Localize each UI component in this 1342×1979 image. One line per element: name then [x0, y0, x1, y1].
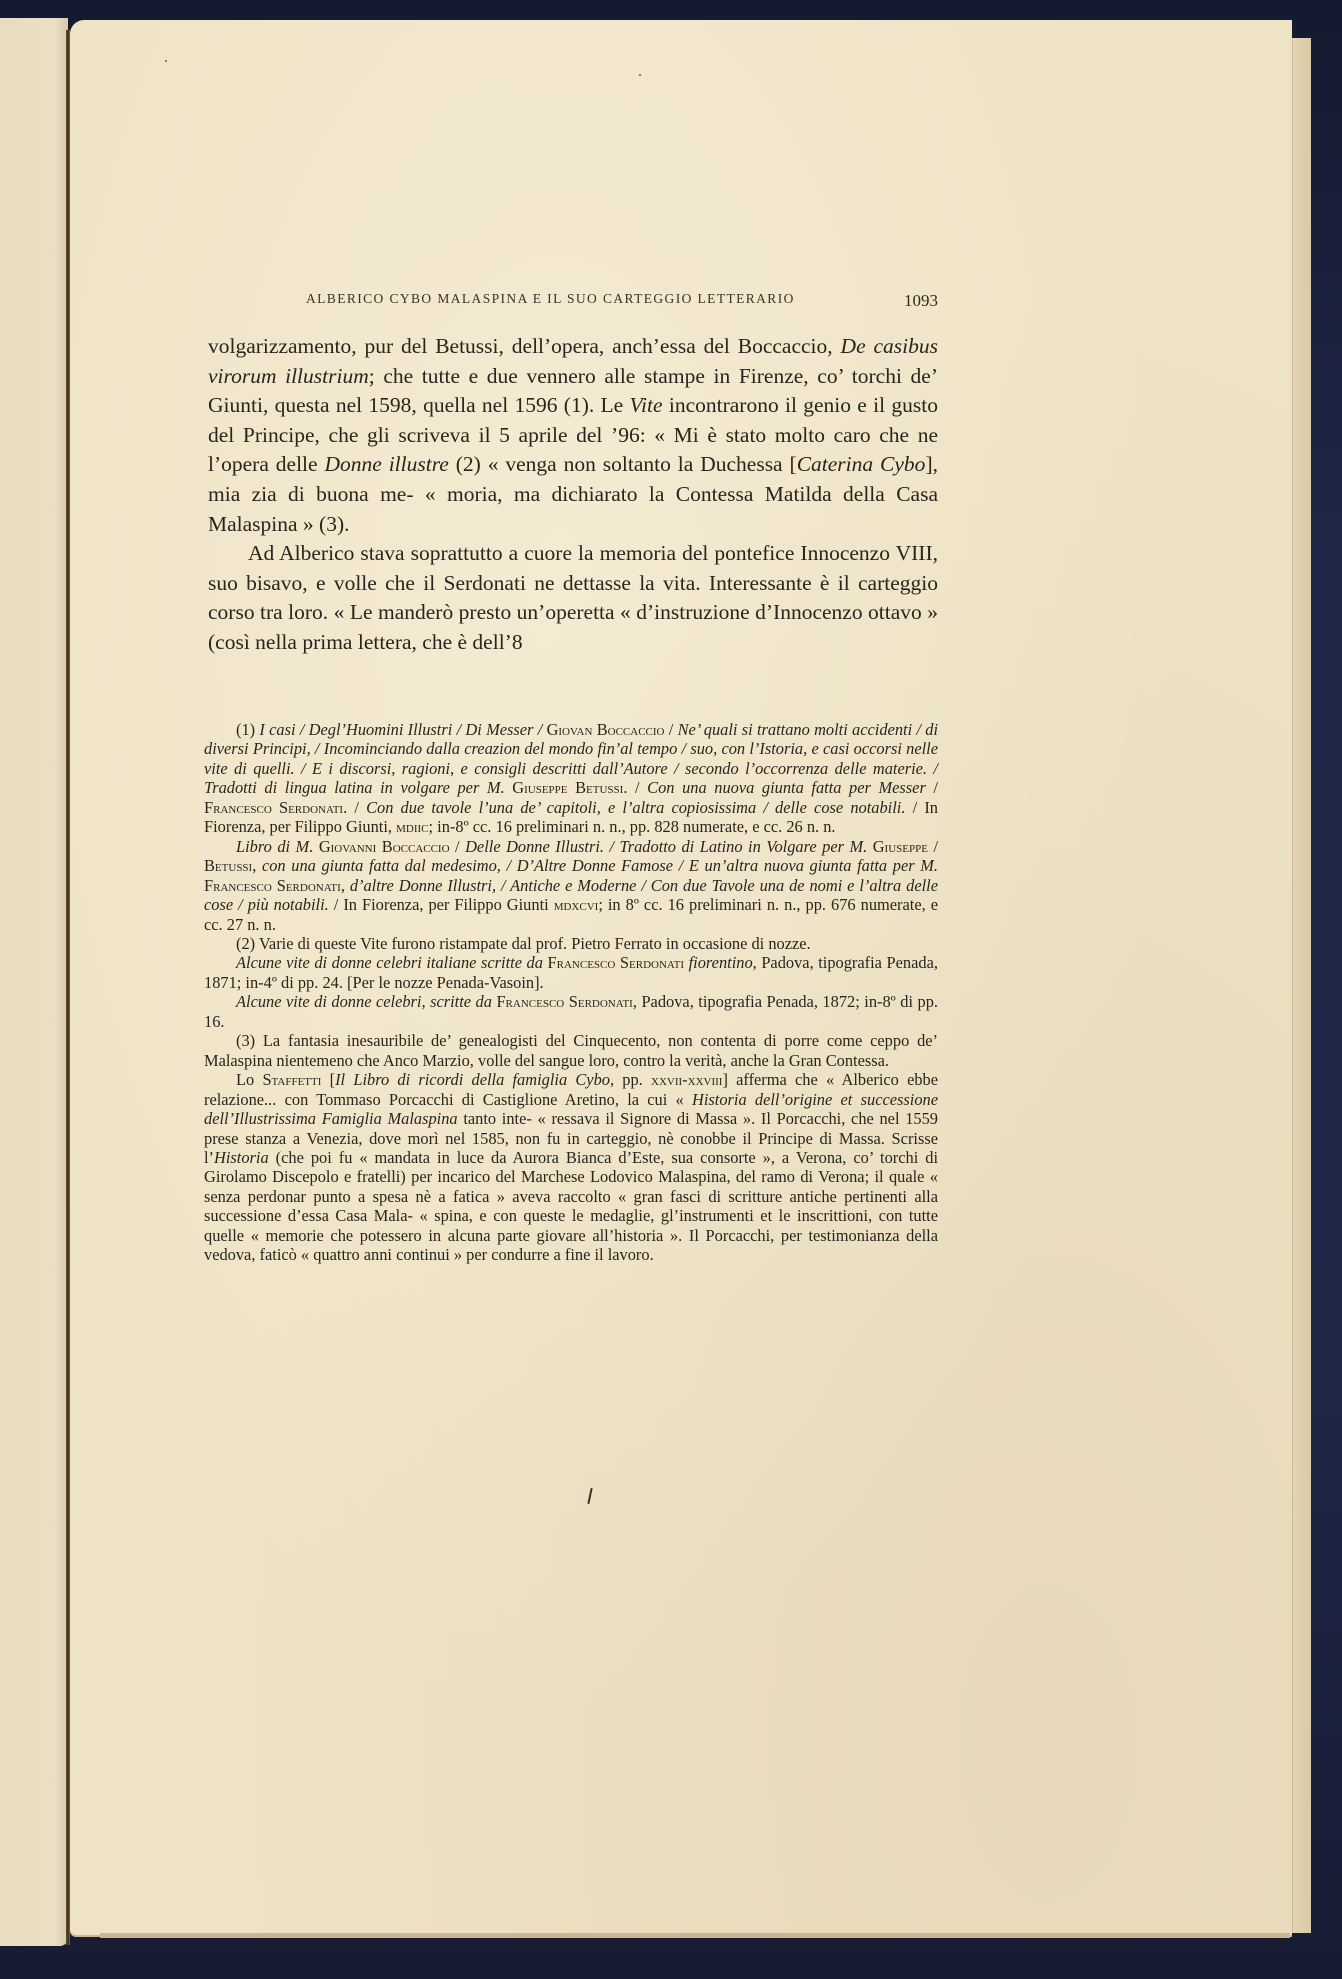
- text-run: /: [664, 720, 677, 739]
- footnote: (2) Varie di queste Vite furono ristampa…: [204, 934, 938, 953]
- running-head: Alberico Cybo Malaspina e il suo cartegg…: [306, 291, 936, 307]
- smallcaps-name: Francesco Serdonati: [496, 992, 632, 1011]
- body-paragraph: volgarizzamento, pur del Betussi, dell’o…: [208, 332, 938, 539]
- smallcaps-name: mdxcvi: [554, 895, 599, 914]
- italic-text: Historia: [214, 1148, 269, 1167]
- smallcaps-name: Betussi: [204, 856, 252, 875]
- footnote: Alcune vite di donne celebri, scritte da…: [204, 992, 938, 1031]
- smallcaps-name: Staffetti: [262, 1070, 321, 1089]
- smallcaps-name: Giovanni Boccaccio: [319, 837, 450, 856]
- text-run: (che poi fu « mandata in luce da Aurora …: [204, 1148, 938, 1264]
- text-run: (2) Varie di queste Vite furono ristampa…: [236, 934, 811, 953]
- italic-text: Alcune vite di donne celebri italiane sc…: [236, 953, 548, 972]
- footnote: Lo Staffetti [Il Libro di ricordi della …: [204, 1070, 938, 1265]
- text-run: ,: [341, 876, 350, 895]
- italic-text: Libro di M.: [236, 837, 319, 856]
- page-fore-edge: [1292, 38, 1311, 1933]
- text-run: [: [321, 1070, 335, 1089]
- text-run: (2) « venga non soltanto la Duchessa [: [449, 452, 797, 476]
- text-run: volgarizzamento, pur del Betussi, dell’o…: [208, 334, 841, 358]
- italic-text: con una giunta fatta dal medesimo, / D’A…: [262, 856, 938, 875]
- italic-text: Il Libro di ricordi della famiglia Cybo: [335, 1070, 610, 1089]
- italic-text: I casi / Degl’Huomini Illustri / Di Mess…: [259, 720, 546, 739]
- italic-text: Caterina Cybo: [797, 452, 926, 476]
- text-run: / In Fiorenza, per Filippo Giunti: [329, 895, 554, 914]
- smallcaps-name: xxvii-xxviii: [651, 1070, 722, 1089]
- page-number: 1093: [898, 291, 938, 311]
- facing-page-edge: [0, 18, 68, 1946]
- text-run: . /: [343, 798, 366, 817]
- page-bottom-edge: [100, 1933, 1290, 1938]
- smallcaps-name: Francesco Serdonati: [204, 876, 341, 895]
- smallcaps-name: Giuseppe Betussi: [512, 778, 623, 797]
- text-run: /: [928, 837, 938, 856]
- text-run: ; in-8º cc. 16 preliminari n. n., pp. 82…: [429, 817, 836, 836]
- text-run: Ad Alberico stava soprattutto a cuore la…: [208, 541, 938, 654]
- italic-text: fiorentino: [689, 953, 753, 972]
- italic-text: Alcune vite di donne celebri, scritte da: [236, 992, 496, 1011]
- smallcaps-name: mdiic: [396, 817, 428, 836]
- text-run: /: [926, 778, 938, 797]
- italic-text: Vite: [630, 393, 663, 417]
- paper-speck: [165, 60, 167, 62]
- italic-text: Con una nuova giunta fatta per Messer: [647, 778, 926, 797]
- text-run: . /: [623, 778, 647, 797]
- smallcaps-name: Giuseppe: [873, 837, 928, 856]
- main-text: volgarizzamento, pur del Betussi, dell’o…: [208, 332, 938, 658]
- text-run: (1): [236, 720, 259, 739]
- smallcaps-name: Giovan Boccaccio: [547, 720, 665, 739]
- italic-text: Con due tavole l’una de’ capitoli, e l’a…: [366, 798, 905, 817]
- smallcaps-name: Francesco Serdonati: [548, 953, 684, 972]
- text-run: ,: [252, 856, 262, 875]
- footnote: Libro di M. Giovanni Boccaccio / Delle D…: [204, 837, 938, 934]
- text-run: , pp.: [610, 1070, 651, 1089]
- text-run: Lo: [236, 1070, 262, 1089]
- italic-text: Delle Donne Illustri. / Tradotto di Lati…: [465, 837, 873, 856]
- footnote: (3) La fantasia inesauribile de’ genealo…: [204, 1031, 938, 1070]
- text-run: /: [450, 837, 466, 856]
- paper-speck: [639, 74, 641, 76]
- footnotes: (1) I casi / Degl’Huomini Illustri / Di …: [204, 720, 938, 1265]
- footnote: (1) I casi / Degl’Huomini Illustri / Di …: [204, 720, 938, 837]
- italic-text: Donne illustre: [324, 452, 448, 476]
- body-paragraph: Ad Alberico stava soprattutto a cuore la…: [208, 539, 938, 657]
- smallcaps-name: Francesco Serdonati: [204, 798, 343, 817]
- footnote: Alcune vite di donne celebri italiane sc…: [204, 953, 938, 992]
- text-run: (3) La fantasia inesauribile de’ genealo…: [204, 1031, 938, 1069]
